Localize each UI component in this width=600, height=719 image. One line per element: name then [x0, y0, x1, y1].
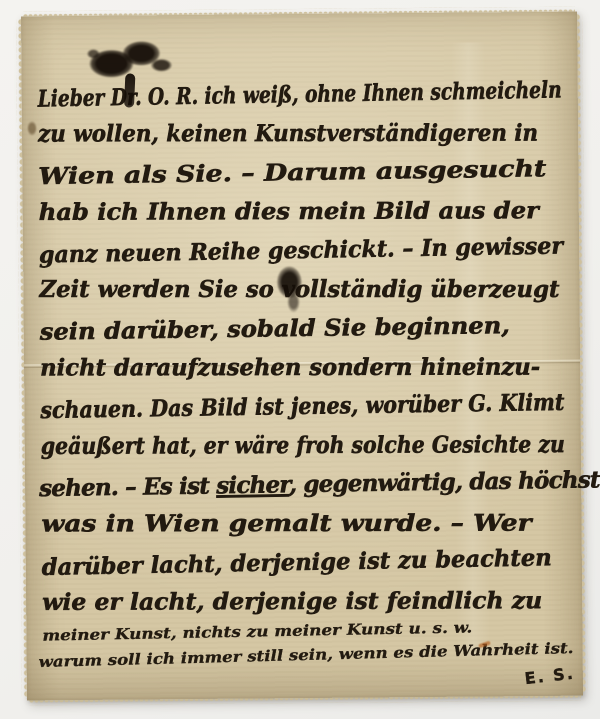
paper-smudge: [25, 118, 39, 138]
underline-line-pre: sehen. – Es ist: [38, 472, 217, 502]
ink-blot-middle: [265, 262, 313, 314]
letter-card: Lieber Dr. O. R. ich weiß, ohne Ihnen sc…: [21, 12, 583, 701]
handwritten-line-small: meiner Kunst, nichts zu meiner Kunst u. …: [42, 618, 472, 644]
underline-line-post: , gegenwärtig, das höchste: [288, 466, 600, 498]
handwritten-line: wie er lacht, derjenige ist feindlich zu: [42, 587, 542, 616]
handwritten-line: schauen. Das Bild ist jenes, worüber G. …: [39, 389, 565, 424]
handwritten-line: hab ich Ihnen dies mein Bild aus der: [39, 197, 541, 226]
handwritten-line: darüber lacht, derjenige ist zu beachten: [42, 544, 552, 581]
photo-background: Lieber Dr. O. R. ich weiß, ohne Ihnen sc…: [0, 0, 600, 719]
handwriting: Lieber Dr. O. R. ich weiß, ohne Ihnen sc…: [21, 12, 583, 701]
handwritten-line-underlined: sehen. – Es ist sicher, gegenwärtig, das…: [38, 466, 600, 502]
handwritten-line: nicht daraufzusehen sondern hineinzu-: [40, 354, 540, 382]
handwritten-line-small: warum soll ich immer still sein, wenn es…: [38, 639, 573, 671]
signature: E. S.: [524, 664, 576, 689]
handwritten-line: zu wollen, keinen Kunstverständigeren in: [37, 120, 538, 148]
handwritten-line: sein darüber, sobald Sie beginnen,: [39, 312, 510, 346]
handwritten-line: Wien als Sie. – Darum ausgesucht: [38, 155, 547, 190]
underlined-word: sicher: [215, 471, 293, 499]
handwritten-line: geäußert hat, er wäre froh solche Gesich…: [41, 431, 565, 460]
ink-drip: [124, 73, 135, 107]
handwritten-line: was in Wien gemalt wurde. – Wer: [41, 510, 533, 538]
